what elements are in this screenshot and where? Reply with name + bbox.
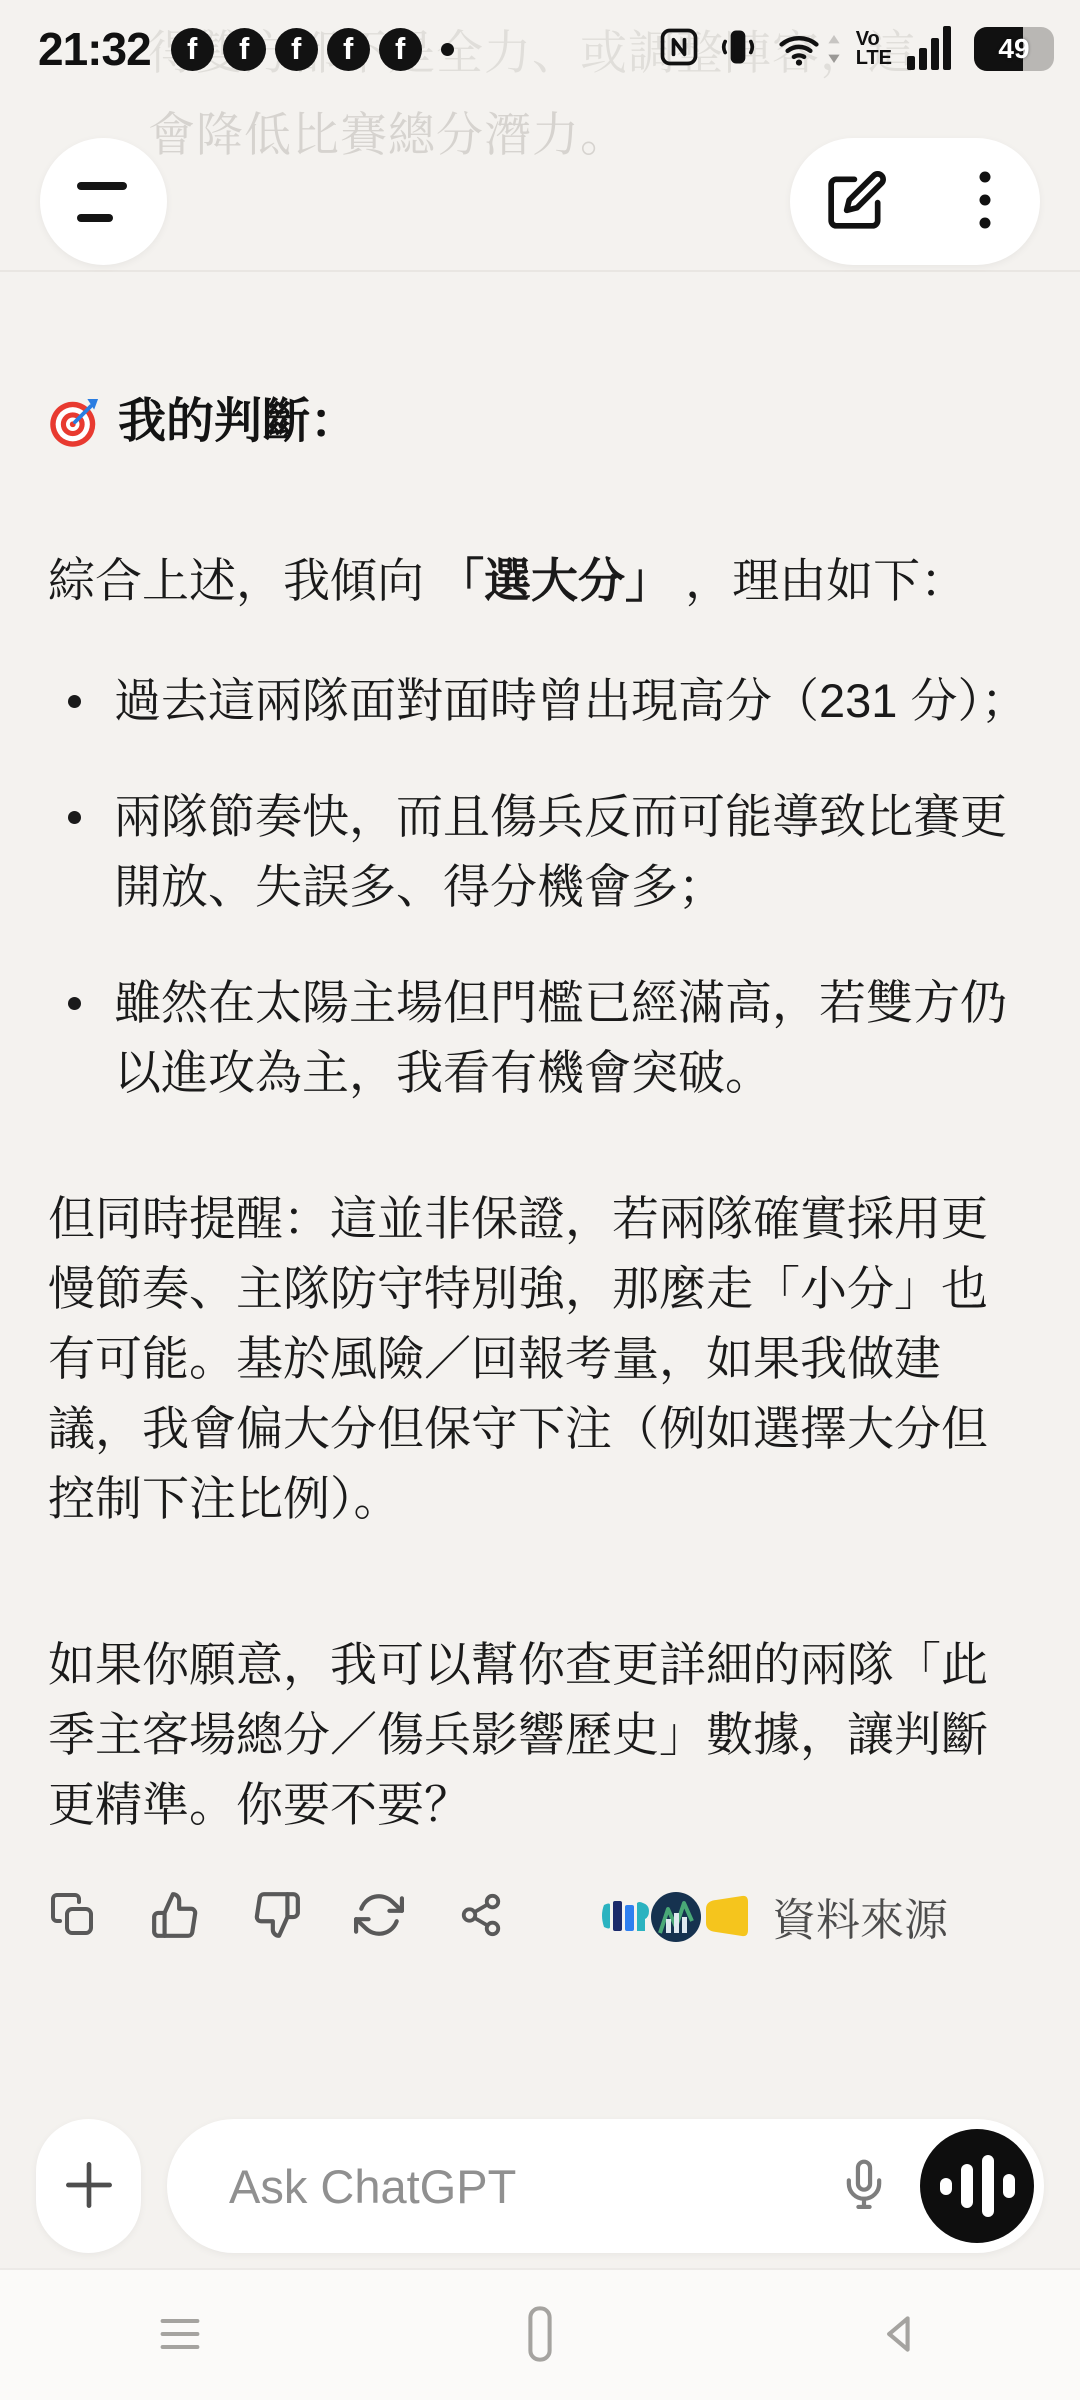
signal-strength-icon — [907, 24, 959, 75]
target-emoji-icon — [48, 395, 102, 449]
more-options-button[interactable] — [978, 169, 992, 234]
battery-icon: 49 — [974, 27, 1054, 71]
facebook-notification-icon: f — [223, 28, 266, 71]
chat-input[interactable] — [229, 2159, 834, 2214]
plus-icon — [56, 2152, 122, 2221]
more-notifications-dot — [441, 43, 454, 56]
list-item-text: 雖然在太陽主場但門檻已經滿高，若雙方仍以進攻為主，我看有機會突破。 — [114, 976, 1007, 1099]
nfc-icon — [657, 25, 701, 74]
facebook-notification-icon: f — [171, 28, 214, 71]
home-pill-icon — [514, 2302, 566, 2369]
voice-mode-button[interactable] — [920, 2129, 1034, 2243]
volte-indicator: Vo LTE — [856, 30, 892, 68]
offer-paragraph: 如果你願意，我可以幫你查更詳細的兩隊「此季主客場總分／傷兵影響歷史」數據，讓判斷… — [48, 1630, 1033, 1840]
app-header — [0, 92, 1080, 272]
thumbs-up-button[interactable] — [150, 1891, 200, 1941]
source-favicon-yellow-logo-icon — [698, 1889, 752, 1943]
status-right: Vo LTE 49 — [657, 24, 1054, 75]
data-activity-arrows — [827, 32, 841, 66]
copy-button[interactable] — [48, 1891, 98, 1941]
bullet-marker — [68, 695, 81, 708]
battery-percent: 49 — [974, 27, 1054, 71]
intro-suffix: ，理由如下： — [672, 554, 967, 607]
sources-label: 資料來源 — [772, 1884, 948, 1948]
dictate-button[interactable] — [834, 2156, 894, 2216]
waveform-icon — [940, 2155, 1015, 2217]
recents-button[interactable] — [0, 2308, 360, 2363]
phone-screen: 得雙方都不是全力、或調整陣容，這 會降低比賽總分潛力。 21:32 f f f … — [0, 0, 1080, 2400]
bullet-marker — [68, 811, 81, 824]
message-title-text: 我的判斷： — [118, 386, 358, 458]
clock: 21:32 — [38, 22, 151, 76]
bullet-marker — [68, 997, 81, 1010]
message-actions: 資料來源 — [48, 1884, 1033, 1948]
regenerate-icon — [354, 1890, 404, 1943]
compose-icon — [826, 169, 888, 234]
regenerate-button[interactable] — [354, 1891, 404, 1941]
kebab-menu-icon — [978, 169, 992, 234]
status-bar: 21:32 f f f f f — [0, 0, 1080, 92]
composer-bar — [0, 2116, 1080, 2256]
menu-button[interactable] — [40, 138, 167, 265]
list-item: 過去這兩隊面對面時曾出現高分（231 分）； — [48, 666, 1033, 736]
facebook-notification-icon: f — [327, 28, 370, 71]
source-favicon-bar-chart-icon — [598, 1889, 652, 1943]
menu-icon — [77, 182, 127, 190]
vibrate-icon — [716, 25, 760, 74]
intro-prefix: 綜合上述，我傾向 — [48, 554, 437, 607]
intro-bold: 「選大分」 — [437, 554, 672, 607]
caution-paragraph: 但同時提醒：這並非保證，若兩隊確實採用更慢節奏、主隊防守特別強，那麼走「小分」也… — [48, 1184, 1033, 1534]
list-item: 兩隊節奏快，而且傷兵反而可能導致比賽更開放、失誤多、得分機會多； — [48, 782, 1033, 922]
menu-icon — [77, 214, 113, 222]
list-item-text: 兩隊節奏快，而且傷兵反而可能導致比賽更開放、失誤多、得分機會多； — [114, 790, 1007, 913]
thumbs-up-icon — [150, 1890, 200, 1943]
back-triangle-icon — [874, 2308, 926, 2363]
status-left: 21:32 f f f f f — [38, 22, 454, 76]
assistant-message: 我的判斷： 綜合上述，我傾向 「選大分」 ，理由如下： 過去這兩隊面對面時曾出現… — [0, 274, 1080, 2114]
source-favicon-stock-chart-icon — [648, 1889, 702, 1943]
list-item-text: 過去這兩隊面對面時曾出現高分（231 分）； — [114, 674, 1028, 727]
notification-icons: f f f f f — [171, 28, 454, 71]
thumbs-down-icon — [252, 1890, 302, 1943]
facebook-notification-icon: f — [379, 28, 422, 71]
message-title: 我的判斷： — [48, 386, 1033, 458]
back-button[interactable] — [720, 2308, 1080, 2363]
add-attachment-button[interactable] — [36, 2119, 141, 2253]
android-nav-bar — [0, 2268, 1080, 2400]
list-item: 雖然在太陽主場但門檻已經滿高，若雙方仍以進攻為主，我看有機會突破。 — [48, 968, 1033, 1108]
wifi-icon — [775, 27, 841, 71]
recents-icon — [154, 2308, 206, 2363]
sources-button[interactable]: 資料來源 — [598, 1884, 948, 1948]
copy-icon — [49, 1891, 97, 1942]
new-chat-button[interactable] — [826, 169, 888, 234]
facebook-notification-icon: f — [275, 28, 318, 71]
header-actions — [790, 138, 1040, 265]
microphone-icon — [836, 2157, 892, 2216]
reason-list: 過去這兩隊面對面時曾出現高分（231 分）； 兩隊節奏快，而且傷兵反而可能導致比… — [48, 666, 1033, 1108]
share-button[interactable] — [456, 1891, 506, 1941]
chat-input-container — [167, 2119, 1044, 2253]
intro-paragraph: 綜合上述，我傾向 「選大分」 ，理由如下： — [48, 546, 1033, 616]
thumbs-down-button[interactable] — [252, 1891, 302, 1941]
share-icon — [458, 1892, 504, 1941]
home-button[interactable] — [360, 2302, 720, 2369]
